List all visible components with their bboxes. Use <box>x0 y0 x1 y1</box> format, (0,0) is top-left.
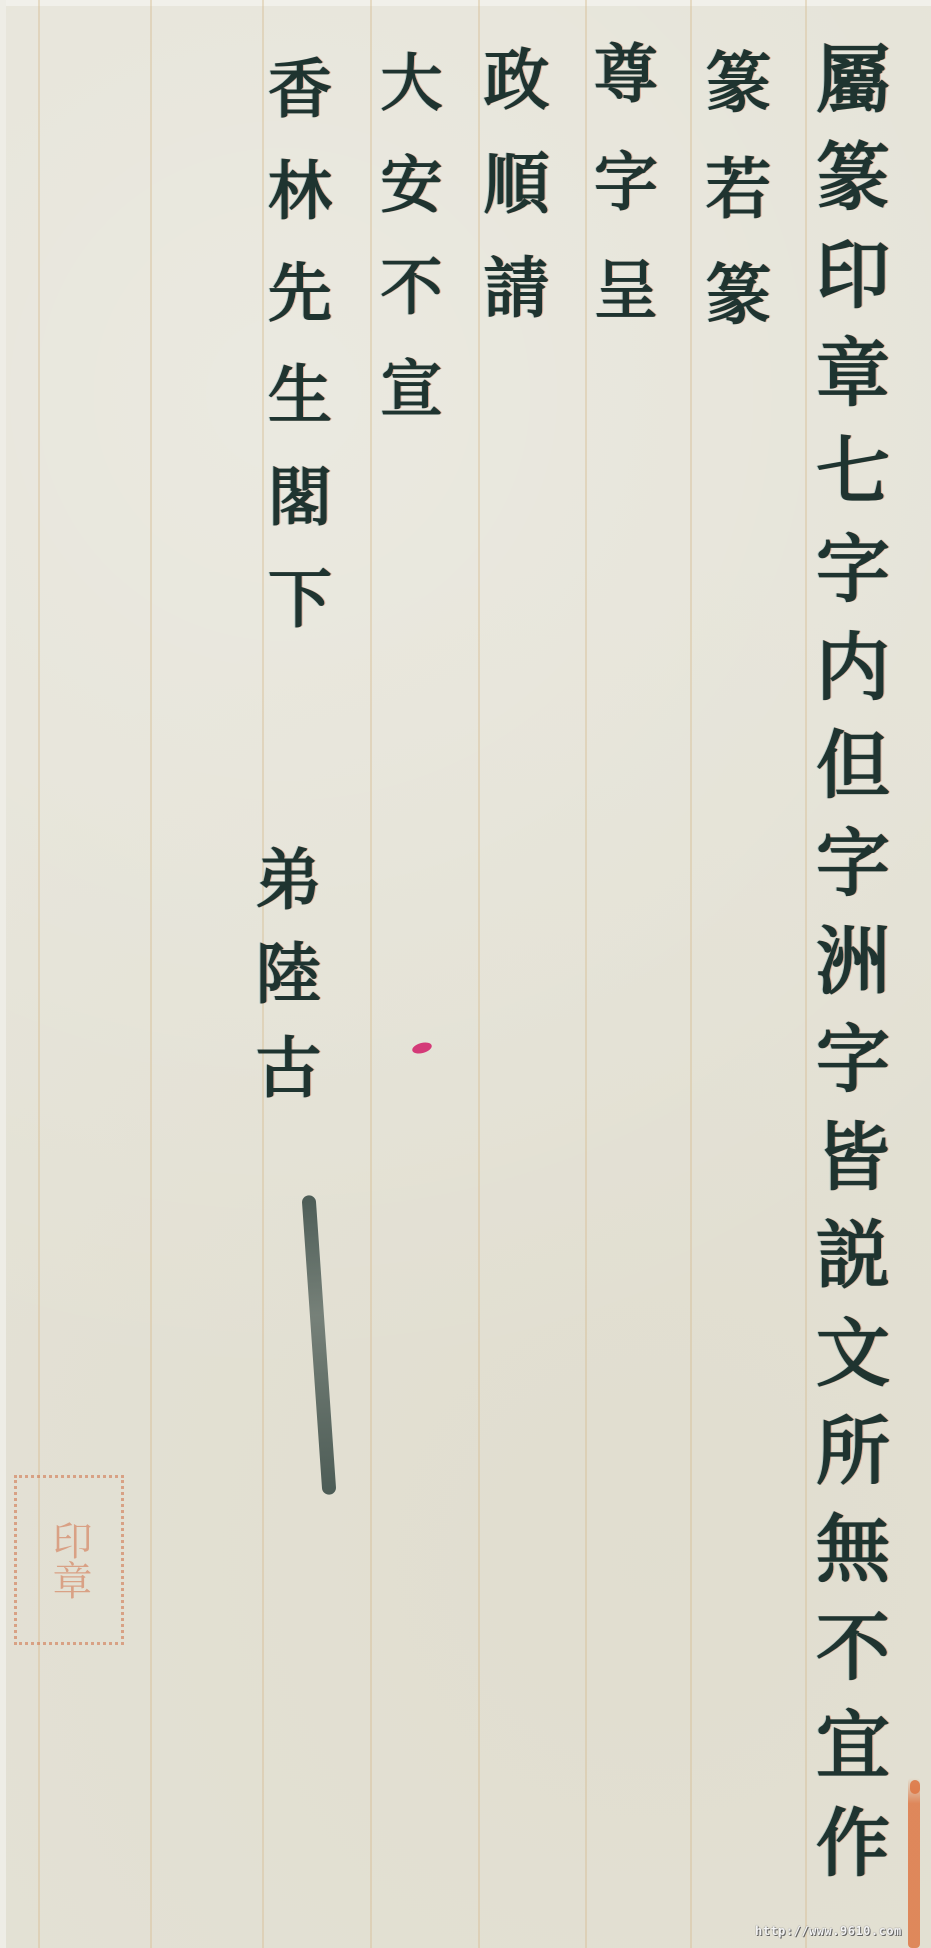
collector-seal-stamp: 印章 <box>14 1475 124 1645</box>
seal-text: 印章 <box>48 1520 90 1600</box>
calligraphy-column-5: 大安不宣 <box>375 50 437 458</box>
calligraphy-column-1: 屬篆印章七字内但字洲字皆説文所無不宜作 <box>810 40 884 1902</box>
letter-paper <box>6 6 931 1948</box>
seal-edge-mark <box>908 1778 920 1948</box>
calligraphy-column-6: 香林先生閣下 <box>262 55 326 667</box>
column-rule-line <box>38 0 40 1948</box>
signature: 弟陸古 <box>250 845 316 1127</box>
column-rule-line <box>690 0 692 1948</box>
calligraphy-column-4: 政順請 <box>478 45 544 357</box>
seal-edge-dot <box>910 1780 920 1794</box>
calligraphy-column-2: 篆若篆 <box>700 48 766 366</box>
watermark-url: http://www.9610.com <box>755 1924 902 1938</box>
column-rule-line <box>150 0 152 1948</box>
calligraphy-column-3: 尊字呈 <box>588 40 652 364</box>
